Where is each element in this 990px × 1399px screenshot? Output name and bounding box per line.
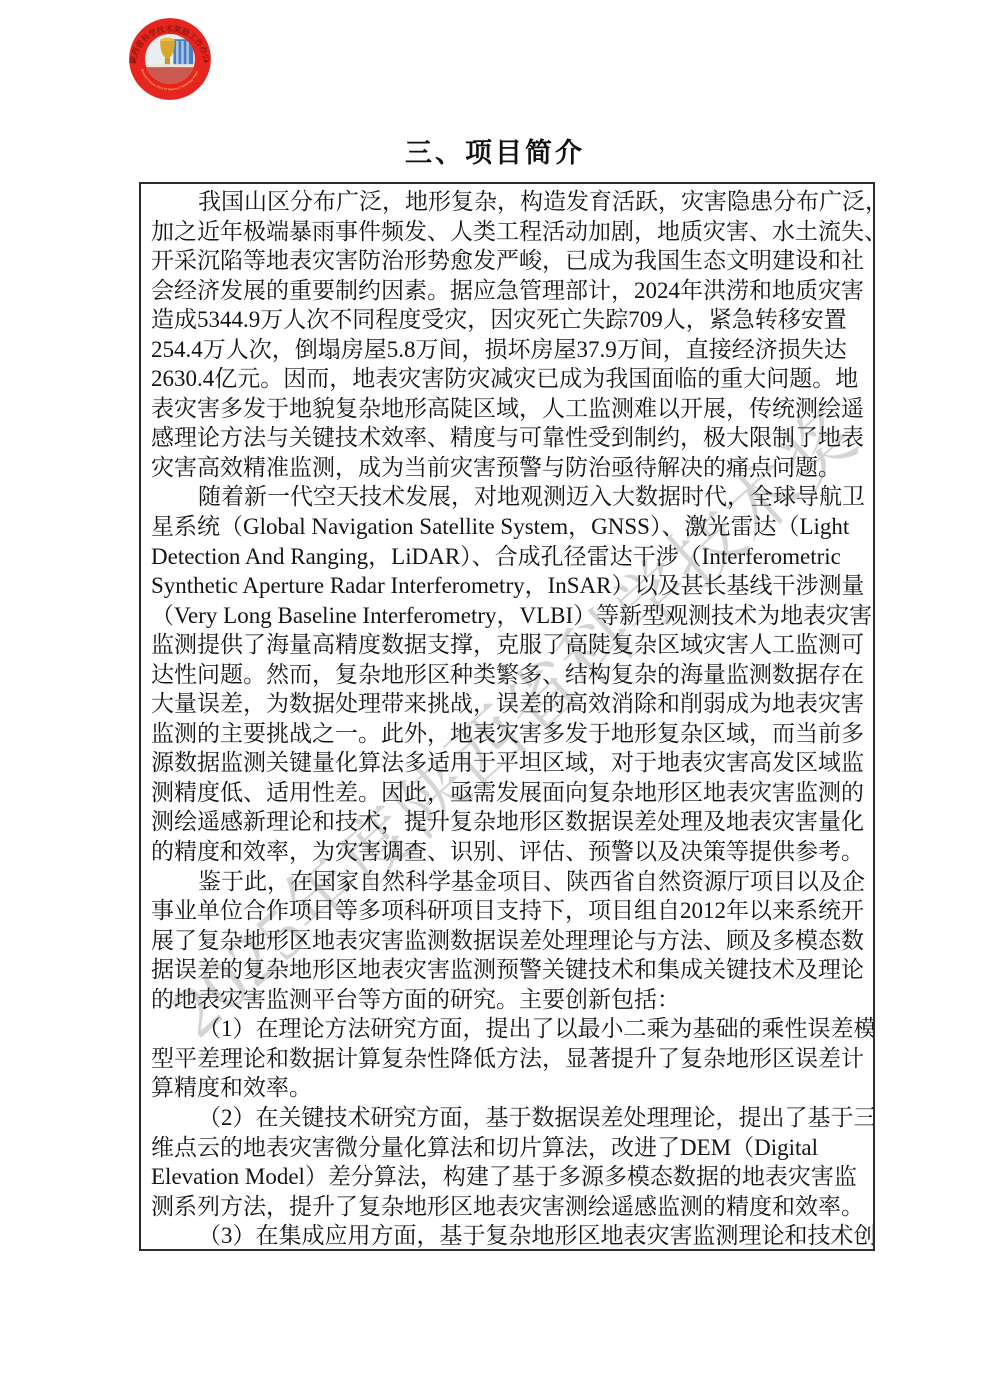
text-line: 灾害高效精准监测，成为当前灾害预警与防治亟待解决的痛点问题。 (151, 453, 867, 483)
text-line: （Very Long Baseline Interferometry，VLBI）… (151, 601, 867, 631)
text-line: 大量误差，为数据处理带来挑战，误差的高效消除和削弱成为地表灾害 (151, 689, 867, 719)
text-line: 的精度和效率，为灾害调查、识别、评估、预警以及决策等提供参考。 (151, 837, 867, 867)
text-line: 鉴于此，在国家自然科学基金项目、陕西省自然资源厅项目以及企 (151, 867, 867, 897)
text-line: （1）在理论方法研究方面，提出了以最小二乘为基础的乘性误差模 (151, 1014, 867, 1044)
seal-right-dot (204, 60, 207, 63)
text-line: 维点云的地表灾害微分量化算法和切片算法，改进了DEM（Digital (151, 1133, 867, 1163)
text-line: 型平差理论和数据计算复杂性降低方法，显著提升了复杂地形区误差计 (151, 1044, 867, 1074)
text-line: （2）在关键技术研究方面，基于数据误差处理理论，提出了基于三 (151, 1103, 867, 1133)
seal-left-dot (133, 60, 136, 63)
text-line: Detection And Ranging，LiDAR）、合成孔径雷达干涉（In… (151, 542, 867, 572)
award-office-seal-logo: 陕西省科学技术奖励工作办公室 Shaanxi Province Office O… (127, 16, 213, 102)
text-line: Elevation Model）差分算法，构建了基于多源多模态数据的地表灾害监 (151, 1162, 867, 1192)
text-line: 开采沉陷等地表灾害防治形势愈发严峻，已成为我国生态文明建设和社 (151, 246, 867, 276)
text-line: 会经济发展的重要制约因素。据应急管理部计，2024年洪涝和地质灾害 (151, 276, 867, 306)
text-line: 加之近年极端暴雨事件频发、人类工程活动加剧，地质灾害、水土流失、 (151, 217, 867, 247)
document-page: 2025年度陕西省科学技术奖 陕西省科学技术奖励工作办公室 Shaanxi Pr… (0, 0, 990, 1399)
text-line: 事业单位合作项目等多项科研项目支持下，项目组自2012年以来系统开 (151, 896, 867, 926)
text-line: 的地表灾害监测平台等方面的研究。主要创新包括： (151, 985, 867, 1015)
text-line: 随着新一代空天技术发展，对地观测迈入大数据时代，全球导航卫 (151, 482, 867, 512)
text-line: 监测提供了海量高精度数据支撑，克服了高陡复杂区域灾害人工监测可 (151, 630, 867, 660)
text-line: 据误差的复杂地形区地表灾害监测预警关键技术和集成关键技术及理论 (151, 955, 867, 985)
text-line: 星系统（Global Navigation Satellite System，G… (151, 512, 867, 542)
text-line: 我国山区分布广泛，地形复杂，构造发育活跃，灾害隐患分布广泛， (151, 187, 867, 217)
text-line: 监测的主要挑战之一。此外，地表灾害多发于地形复杂区域，而当前多 (151, 719, 867, 749)
project-summary-text: 我国山区分布广泛，地形复杂，构造发育活跃，灾害隐患分布广泛，加之近年极端暴雨事件… (141, 184, 873, 1251)
text-line: 测精度低、适用性差。因此，亟需发展面向复杂地形区地表灾害监测的 (151, 778, 867, 808)
text-line: Synthetic Aperture Radar Interferometry，… (151, 571, 867, 601)
text-line: 造成5344.9万人次不同程度受灾，因灾死亡失踪709人，紧急转移安置 (151, 305, 867, 335)
text-line: 表灾害多发于地貌复杂地形高陡区域，人工监测难以开展，传统测绘遥 (151, 394, 867, 424)
text-line: 测绘遥感新理论和技术，提升复杂地形区数据误差处理及地表灾害量化 (151, 807, 867, 837)
text-line: 达性问题。然而，复杂地形区种类繁多、结构复杂的海量监测数据存在 (151, 660, 867, 690)
page-title: 三、项目简介 (0, 131, 990, 170)
text-line: 源数据监测关键量化算法多适用于平坦区域，对于地表灾害高发区域监 (151, 748, 867, 778)
text-line: （3）在集成应用方面，基于复杂地形区地表灾害监测理论和技术创 (151, 1221, 867, 1251)
text-line: 测系列方法，提升了复杂地形区地表灾害测绘遥感监测的精度和效率。 (151, 1192, 867, 1222)
text-line: 2630.4亿元。因而，地表灾害防灾减灾已成为我国面临的重大问题。地 (151, 364, 867, 394)
project-summary-box: 我国山区分布广泛，地形复杂，构造发育活跃，灾害隐患分布广泛，加之近年极端暴雨事件… (139, 182, 875, 1251)
text-line: 254.4万人次，倒塌房屋5.8万间，损坏房屋37.9万间，直接经济损失达 (151, 335, 867, 365)
text-line: 算精度和效率。 (151, 1073, 867, 1103)
text-line: 展了复杂地形区地表灾害监测数据误差处理理论与方法、顾及多模态数 (151, 926, 867, 956)
text-line: 感理论方法与关键技术效率、精度与可靠性受到制约，极大限制了地表 (151, 423, 867, 453)
